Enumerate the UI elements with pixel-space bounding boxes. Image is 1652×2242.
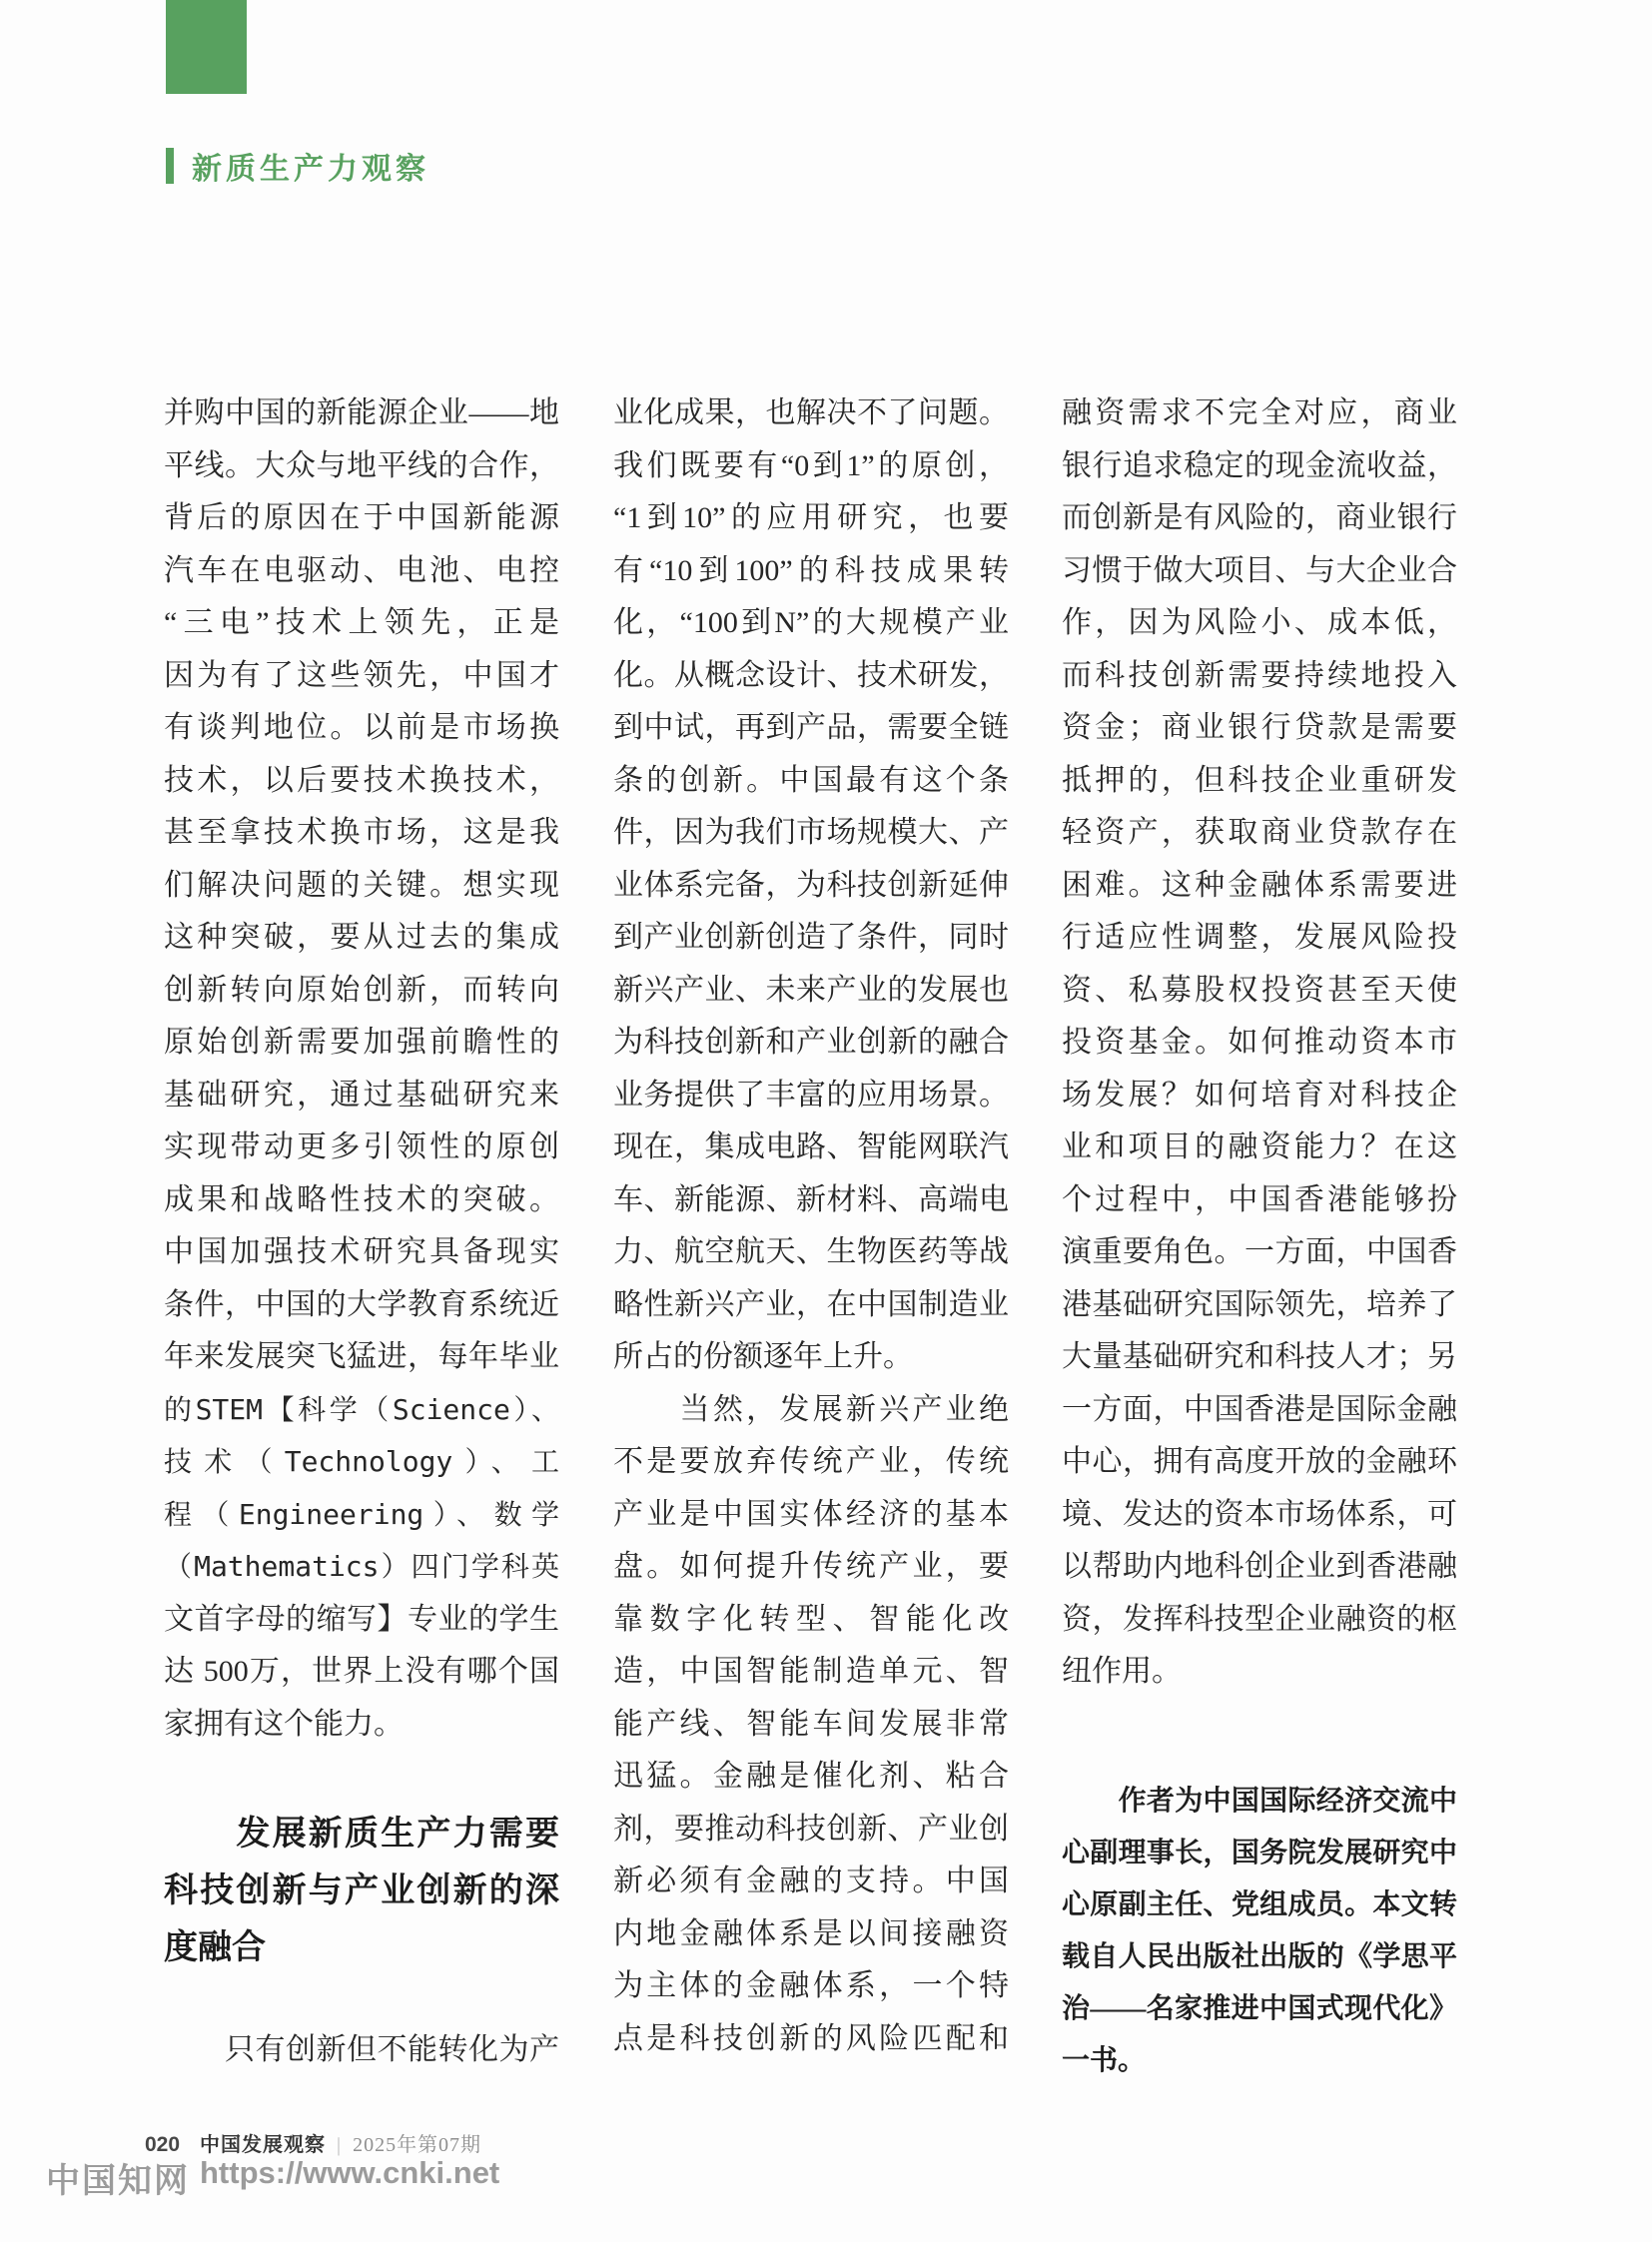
text-line: 只有创新但不能转化为产	[164, 2024, 559, 2077]
text-line: 条件，中国的大学教育系统近	[164, 1279, 559, 1332]
text-line: 境、发达的资本市场体系，可	[1062, 1489, 1457, 1542]
text-line: 困难。这种金融体系需要进	[1062, 860, 1457, 913]
text-line: 为主体的金融体系，一个特	[613, 1960, 1009, 2013]
text-line: 年来发展突飞猛进，每年毕业	[164, 1331, 559, 1384]
text-line: 新必须有金融的支持。中国	[613, 1856, 1009, 1908]
body-block: 只有创新但不能转化为产	[164, 2024, 559, 2077]
text-line: 程（Engineering）、数学	[164, 1489, 559, 1542]
text-line: 车、新能源、新材料、高端电	[613, 1174, 1009, 1227]
text-line: 迅猛。金融是催化剂、粘合	[613, 1751, 1009, 1804]
text-column-3: 融资需求不完全对应，商业银行追求稳定的现金流收益，而创新是有风险的，商业银行习惯…	[1062, 387, 1457, 2087]
text-line: 盘。如何提升传统产业，要	[613, 1541, 1009, 1594]
text-line: 业体系完备，为科技创新延伸	[613, 860, 1009, 913]
text-line: 演重要角色。一方面，中国香	[1062, 1226, 1457, 1279]
text-line: 们解决问题的关键。想实现	[164, 860, 559, 913]
author-block: 作者为中国国际经济交流中心副理事长，国务院发展研究中心原副主任、党组成员。本文转…	[1062, 1776, 1457, 2087]
text-line: 化。从概念设计、技术研发，	[613, 650, 1009, 703]
text-line: 文首字母的缩写】专业的学生	[164, 1594, 559, 1647]
text-line: 实现带动更多引领性的原创	[164, 1121, 559, 1174]
text-line: 现在，集成电路、智能网联汽	[613, 1121, 1009, 1174]
journal-name: 中国发展观察	[200, 2128, 326, 2157]
text-line: 汽车在电驱动、电池、电控	[164, 545, 559, 598]
text-line: 资，发挥科技型企业融资的枢	[1062, 1594, 1457, 1647]
text-line: 内地金融体系是以间接融资	[613, 1908, 1009, 1961]
text-line: 轻资产，获取商业贷款存在	[1062, 807, 1457, 860]
text-line: 纽作用。	[1062, 1646, 1457, 1699]
heading-line: 发展新质生产力需要	[164, 1806, 559, 1863]
text-column-2: 业化成果，也解决不了问题。我们既要有“0到1”的原创，“1到10”的应用研究，也…	[613, 387, 1009, 2065]
body-block: 业化成果，也解决不了问题。我们既要有“0到1”的原创，“1到10”的应用研究，也…	[613, 387, 1009, 2065]
text-line: 基础研究，通过基础研究来	[164, 1070, 559, 1122]
text-line: 剂，要推动科技创新、产业创	[613, 1804, 1009, 1857]
text-line: 技术（Technology）、工	[164, 1436, 559, 1489]
text-line: 投资基金。如何推动资本市	[1062, 1017, 1457, 1070]
text-line: 行适应性调整，发展风险投	[1062, 912, 1457, 965]
text-line: 成果和战略性技术的突破。	[164, 1174, 559, 1227]
text-line: 业化成果，也解决不了问题。	[613, 387, 1009, 440]
text-line: 创新转向原始创新，而转向	[164, 965, 559, 1018]
author-credit-line: 治——名家推进中国式现代化》	[1062, 1983, 1457, 2035]
text-line: 力、航空航天、生物医药等战	[613, 1226, 1009, 1279]
text-line: 造，中国智能制造单元、智	[613, 1646, 1009, 1699]
text-line: 有“10到100”的科技成果转	[613, 545, 1009, 598]
text-line: 当然，发展新兴产业绝	[613, 1384, 1009, 1437]
text-line: 我们既要有“0到1”的原创，	[613, 440, 1009, 493]
text-line: 资、私募股权投资甚至天使	[1062, 965, 1457, 1018]
text-line: 不是要放弃传统产业，传统	[613, 1436, 1009, 1489]
text-line: 港基础研究国际领先，培养了	[1062, 1279, 1457, 1332]
text-line: 到中试，再到产品，需要全链	[613, 702, 1009, 755]
text-line: 这种突破，要从过去的集成	[164, 912, 559, 965]
body-block: 融资需求不完全对应，商业银行追求稳定的现金流收益，而创新是有风险的，商业银行习惯…	[1062, 387, 1457, 1699]
text-line: 个过程中，中国香港能够扮	[1062, 1174, 1457, 1227]
text-line: 业和项目的融资能力？在这	[1062, 1121, 1457, 1174]
text-line: 产业是中国实体经济的基本	[613, 1489, 1009, 1542]
text-line: 原始创新需要加强前瞻性的	[164, 1017, 559, 1070]
text-line: 点是科技创新的风险匹配和	[613, 2013, 1009, 2066]
body-block: 并购中国的新能源企业——地平线。大众与地平线的合作，背后的原因在于中国新能源汽车…	[164, 387, 559, 1751]
text-line: 件，因为我们市场规模大、产	[613, 807, 1009, 860]
author-credit-line: 心副理事长，国务院发展研究中	[1062, 1828, 1457, 1879]
decorative-green-block	[166, 0, 247, 94]
text-line: 有谈判地位。以前是市场换	[164, 702, 559, 755]
text-line: 并购中国的新能源企业——地	[164, 387, 559, 440]
cnki-watermark: 中国知网	[46, 2153, 190, 2202]
text-column-1: 并购中国的新能源企业——地平线。大众与地平线的合作，背后的原因在于中国新能源汽车…	[164, 387, 559, 2077]
page-footer: 020 中国发展观察 | 2025年第07期	[145, 2128, 481, 2157]
text-line: 靠数字化转型、智能化改	[613, 1594, 1009, 1647]
text-line: （Mathematics）四门学科英	[164, 1541, 559, 1594]
text-line: 而科技创新需要持续地投入	[1062, 650, 1457, 703]
author-credit-line: 心原副主任、党组成员。本文转	[1062, 1879, 1457, 1931]
text-line: 平线。大众与地平线的合作，	[164, 440, 559, 493]
text-line: 因为有了这些领先，中国才	[164, 650, 559, 703]
footer-separator: |	[337, 2134, 341, 2157]
text-line: 化，“100到N”的大规模产业	[613, 597, 1009, 650]
text-line: 抵押的，但科技企业重研发	[1062, 755, 1457, 808]
heading-block: 发展新质生产力需要科技创新与产业创新的深度融合	[164, 1806, 559, 1976]
text-line: 家拥有这个能力。	[164, 1699, 559, 1752]
text-line: 技术，以后要技术换技术，	[164, 755, 559, 808]
text-line: 为科技创新和产业创新的融合	[613, 1017, 1009, 1070]
text-line: 习惯于做大项目、与大企业合	[1062, 545, 1457, 598]
text-line: 甚至拿技术换市场，这是我	[164, 807, 559, 860]
text-line: 所占的份额逐年上升。	[613, 1331, 1009, 1384]
author-credit-line: 作者为中国国际经济交流中	[1062, 1776, 1457, 1828]
text-line: 的STEM【科学（Science）、	[164, 1384, 559, 1437]
author-credit-line: 载自人民出版社出版的《学思平	[1062, 1931, 1457, 1983]
scanned-journal-page: 新质生产力观察 并购中国的新能源企业——地平线。大众与地平线的合作，背后的原因在…	[0, 0, 1652, 2242]
text-line: 背后的原因在于中国新能源	[164, 492, 559, 545]
heading-line: 度融合	[164, 1919, 559, 1976]
text-line: 业务提供了丰富的应用场景。	[613, 1070, 1009, 1122]
section-header: 新质生产力观察	[166, 144, 429, 188]
heading-line: 科技创新与产业创新的深	[164, 1863, 559, 1919]
text-line: 场发展？如何培育对科技企	[1062, 1070, 1457, 1122]
section-label: 新质生产力观察	[192, 144, 429, 188]
text-line: 新兴产业、未来产业的发展也	[613, 965, 1009, 1018]
text-line: 到产业创新创造了条件，同时	[613, 912, 1009, 965]
text-line: 资金；商业银行贷款是需要	[1062, 702, 1457, 755]
author-credit-line: 一书。	[1062, 2035, 1457, 2087]
issue-label: 2025年第07期	[353, 2128, 481, 2157]
text-line: 能产线、智能车间发展非常	[613, 1699, 1009, 1752]
text-line: 略性新兴产业，在中国制造业	[613, 1279, 1009, 1332]
text-line: 一方面，中国香港是国际金融	[1062, 1384, 1457, 1437]
text-line: 而创新是有风险的，商业银行	[1062, 492, 1457, 545]
text-line: “三电”技术上领先，正是	[164, 597, 559, 650]
text-line: 银行追求稳定的现金流收益，	[1062, 440, 1457, 493]
text-line: “1到10”的应用研究，也要	[613, 492, 1009, 545]
text-line: 大量基础研究和科技人才；另	[1062, 1331, 1457, 1384]
text-line: 中国加强技术研究具备现实	[164, 1226, 559, 1279]
text-line: 作，因为风险小、成本低，	[1062, 597, 1457, 650]
text-line: 条的创新。中国最有这个条	[613, 755, 1009, 808]
text-line: 以帮助内地科创企业到香港融	[1062, 1541, 1457, 1594]
section-marker-bar	[166, 148, 174, 184]
text-line: 融资需求不完全对应，商业	[1062, 387, 1457, 440]
cnki-url-watermark: https://www.cnki.net	[200, 2155, 499, 2191]
text-line: 中心，拥有高度开放的金融环	[1062, 1436, 1457, 1489]
text-line: 达 500万，世界上没有哪个国	[164, 1646, 559, 1699]
